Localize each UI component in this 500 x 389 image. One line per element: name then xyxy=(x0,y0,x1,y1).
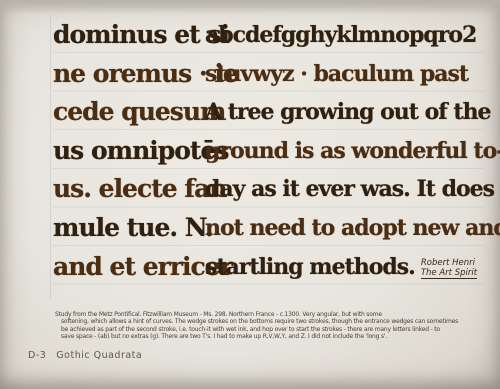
quote-attribution: Robert Henri The Art Spirit xyxy=(421,259,477,286)
quote-line: startling methods. xyxy=(205,248,415,287)
paper-edge xyxy=(0,0,500,14)
note-line: be achieved as part of the second stroke… xyxy=(55,326,487,333)
calligraphy-line: us omnipotēs xyxy=(53,132,205,171)
quote-line: A tree growing out of the xyxy=(205,93,484,132)
calligraphy-line: dominus et si xyxy=(53,16,205,55)
alphabet-line: stuvwyz · baculum past xyxy=(205,55,484,94)
calligraphy-line: ne oremus · ie xyxy=(53,55,205,94)
calligraphy-content: dominus et si ne oremus · ie cede quesum… xyxy=(53,16,484,286)
note-line: Study from the Metz Pontifical. Fitzwill… xyxy=(55,311,487,318)
right-text-column: abcdefgghyklmnopqro2 stuvwyz · baculum p… xyxy=(205,16,484,286)
attribution-work: The Art Spirit xyxy=(421,269,477,279)
quote-line: ground is as wonderful to- xyxy=(205,132,484,171)
calligraphy-line: us. electe fan xyxy=(53,170,205,209)
pencil-label-code: D-3 xyxy=(28,350,46,361)
note-line: softening, which allows a hint of curves… xyxy=(55,318,487,325)
paper-sheet: dominus et si ne oremus · ie cede quesum… xyxy=(0,0,500,389)
text-columns: dominus et si ne oremus · ie cede quesum… xyxy=(53,16,484,286)
margin-guideline xyxy=(50,14,51,299)
study-notes: Study from the Metz Pontifical. Fitzwill… xyxy=(55,311,487,341)
pencil-label: D-3Gothic Quadrata xyxy=(28,350,142,361)
calligraphy-line: cede quesum xyxy=(53,93,205,132)
quote-line: day as it ever was. It does xyxy=(205,170,484,209)
note-line: save space - (ab) but no extras (g). The… xyxy=(55,333,487,340)
alphabet-line: abcdefgghyklmnopqro2 xyxy=(205,16,484,55)
pencil-label-name: Gothic Quadrata xyxy=(56,350,142,361)
calligraphy-line: mule tue. N. xyxy=(53,209,205,248)
quote-line: not need to adopt new and xyxy=(205,209,484,248)
calligraphy-line: and et erricer xyxy=(53,248,205,287)
quote-last-line-row: startling methods. Robert Henri The Art … xyxy=(205,248,484,287)
left-text-column: dominus et si ne oremus · ie cede quesum… xyxy=(53,16,205,286)
